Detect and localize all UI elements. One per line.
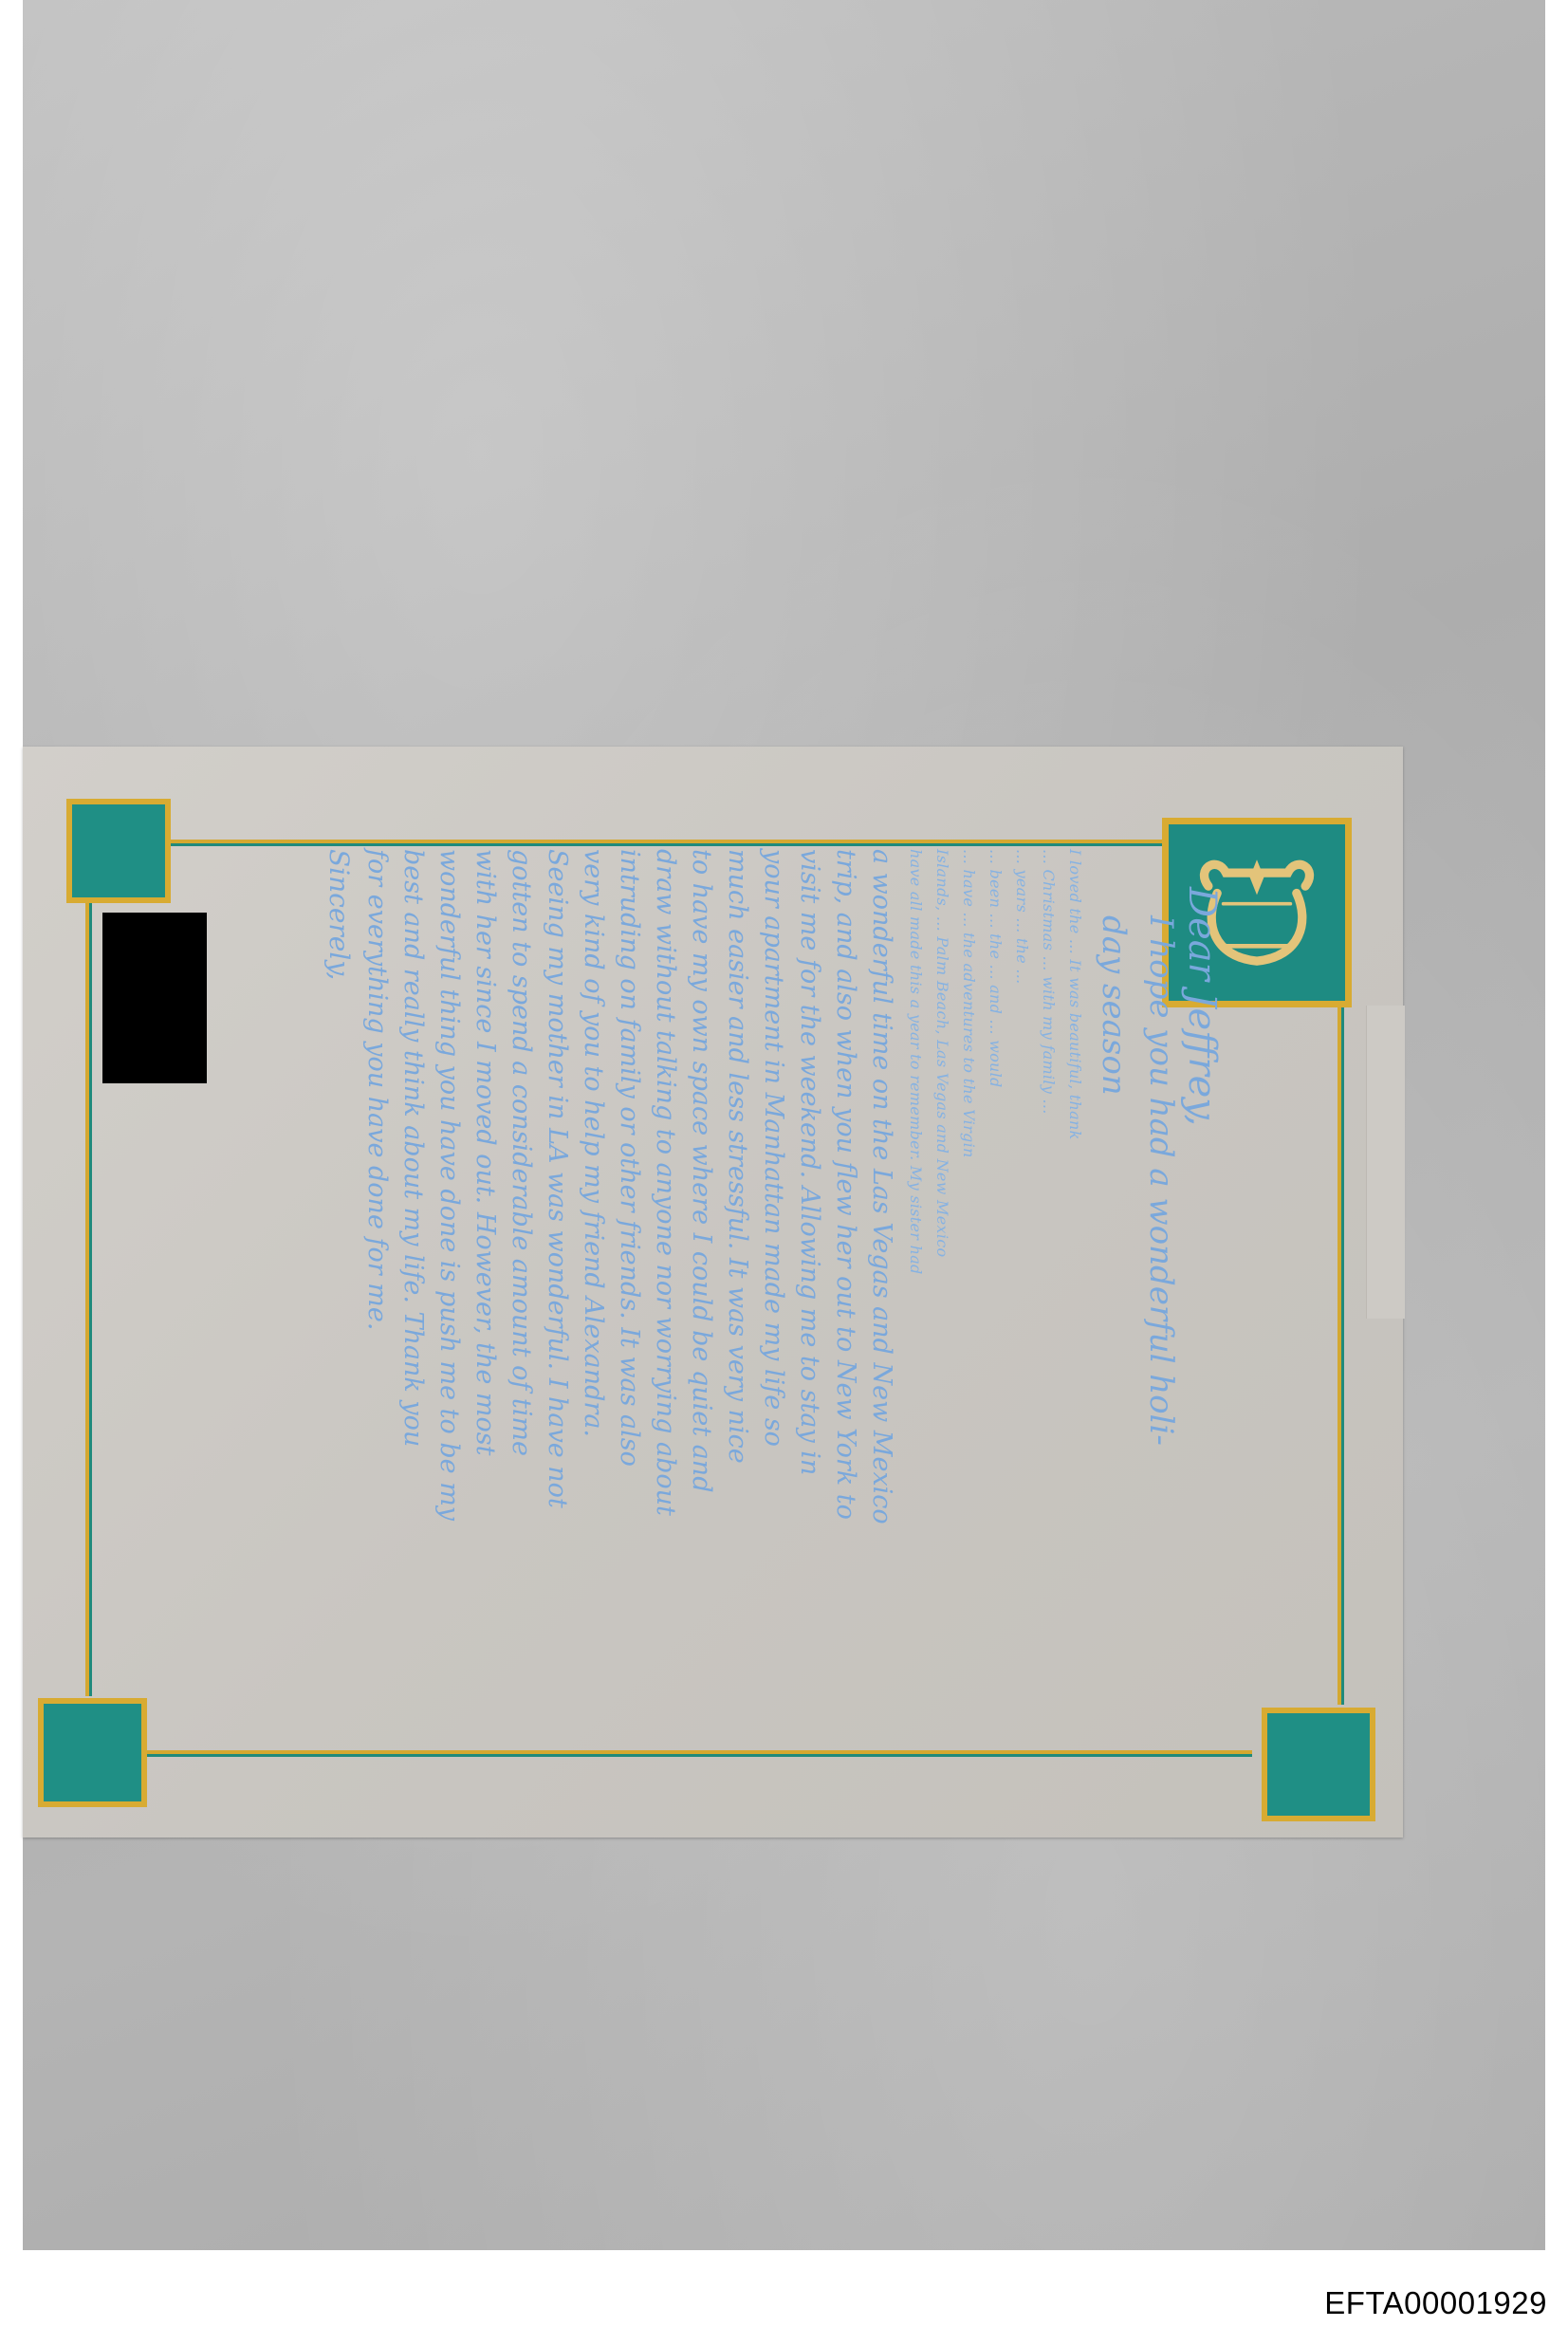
bates-number: EFTA00001929 bbox=[1324, 2285, 1547, 2321]
body-line: trip, and also when you flew her out to … bbox=[827, 849, 863, 1722]
fine-print-line: have all made this a year to remember. M… bbox=[905, 849, 926, 1722]
fine-print-line: ... years ... the ... bbox=[1011, 849, 1032, 1722]
greeting-line-1: I hope you had a wonderful holi- bbox=[1142, 915, 1180, 1722]
body-line: draw without talking to anyone nor worry… bbox=[647, 849, 683, 1722]
body-line: much easier and less stressful. It was v… bbox=[719, 849, 755, 1722]
corner-square-bottom-left bbox=[38, 1698, 147, 1807]
body-line: for everything you have done for me. bbox=[359, 849, 395, 1722]
signature-redaction bbox=[102, 913, 207, 1083]
salutation: Dear Jeffrey, bbox=[1180, 887, 1224, 1722]
corner-square-bottom-right bbox=[1262, 1708, 1375, 1821]
closing: Sincerely, bbox=[321, 849, 357, 1722]
fine-print-line: I loved the ... It was beautiful, thank bbox=[1064, 849, 1085, 1722]
greeting-line-2: day season bbox=[1095, 915, 1133, 1722]
body-line: intruding on family or other friends. It… bbox=[611, 849, 647, 1722]
fine-print-line: ... been ... the ... and ... would bbox=[985, 849, 1005, 1722]
fine-print-line: ... have ... the adventures to the Virgi… bbox=[958, 849, 979, 1722]
body-line: your apartment in Manhattan made my life… bbox=[755, 849, 791, 1722]
body-line: wonderful thing you have done is push me… bbox=[431, 849, 467, 1722]
body-line: very kind of you to help my friend Alexa… bbox=[575, 849, 611, 1722]
body-line: to have my own space where I could be qu… bbox=[683, 849, 719, 1722]
letter-body-rotated: Dear Jeffrey, I hope you had a wonderful… bbox=[161, 849, 1224, 1722]
frame-line-top bbox=[171, 840, 1167, 846]
letter-text-area: Dear Jeffrey, I hope you had a wonderful… bbox=[161, 849, 1224, 1722]
frame-line-bottom bbox=[142, 1750, 1252, 1757]
body-line: a wonderful time on the Las Vegas and Ne… bbox=[863, 849, 899, 1722]
body-line: best and really think about my life. Tha… bbox=[395, 849, 431, 1722]
fine-print-line: ... Christmas ... with my family ... bbox=[1038, 849, 1059, 1722]
body-line: with her since I moved out. However, the… bbox=[467, 849, 503, 1722]
frame-line-right bbox=[1337, 1007, 1344, 1705]
frame-line-left bbox=[85, 899, 92, 1696]
body-line: gotten to spend a considerable amount of… bbox=[503, 849, 539, 1722]
paper-fold-flap bbox=[1366, 1006, 1405, 1319]
body-line: visit me for the weekend. Allowing me to… bbox=[791, 849, 827, 1722]
corner-square-top-left bbox=[66, 799, 171, 903]
fine-print-line: Islands, ... Palm Beach, Las Vegas and N… bbox=[932, 849, 952, 1722]
body-line: Seeing my mother in LA was wonderful. I … bbox=[539, 849, 575, 1722]
